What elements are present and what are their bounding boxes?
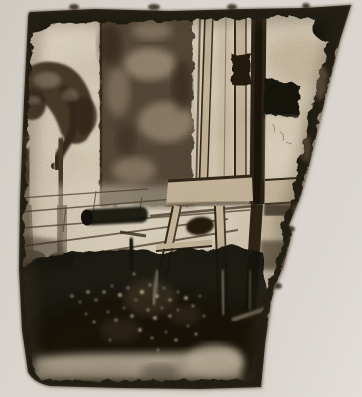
print-canvas [0, 0, 362, 397]
print-area [12, 0, 360, 397]
artwork-photo [0, 0, 362, 397]
grain-texture [12, 0, 360, 397]
